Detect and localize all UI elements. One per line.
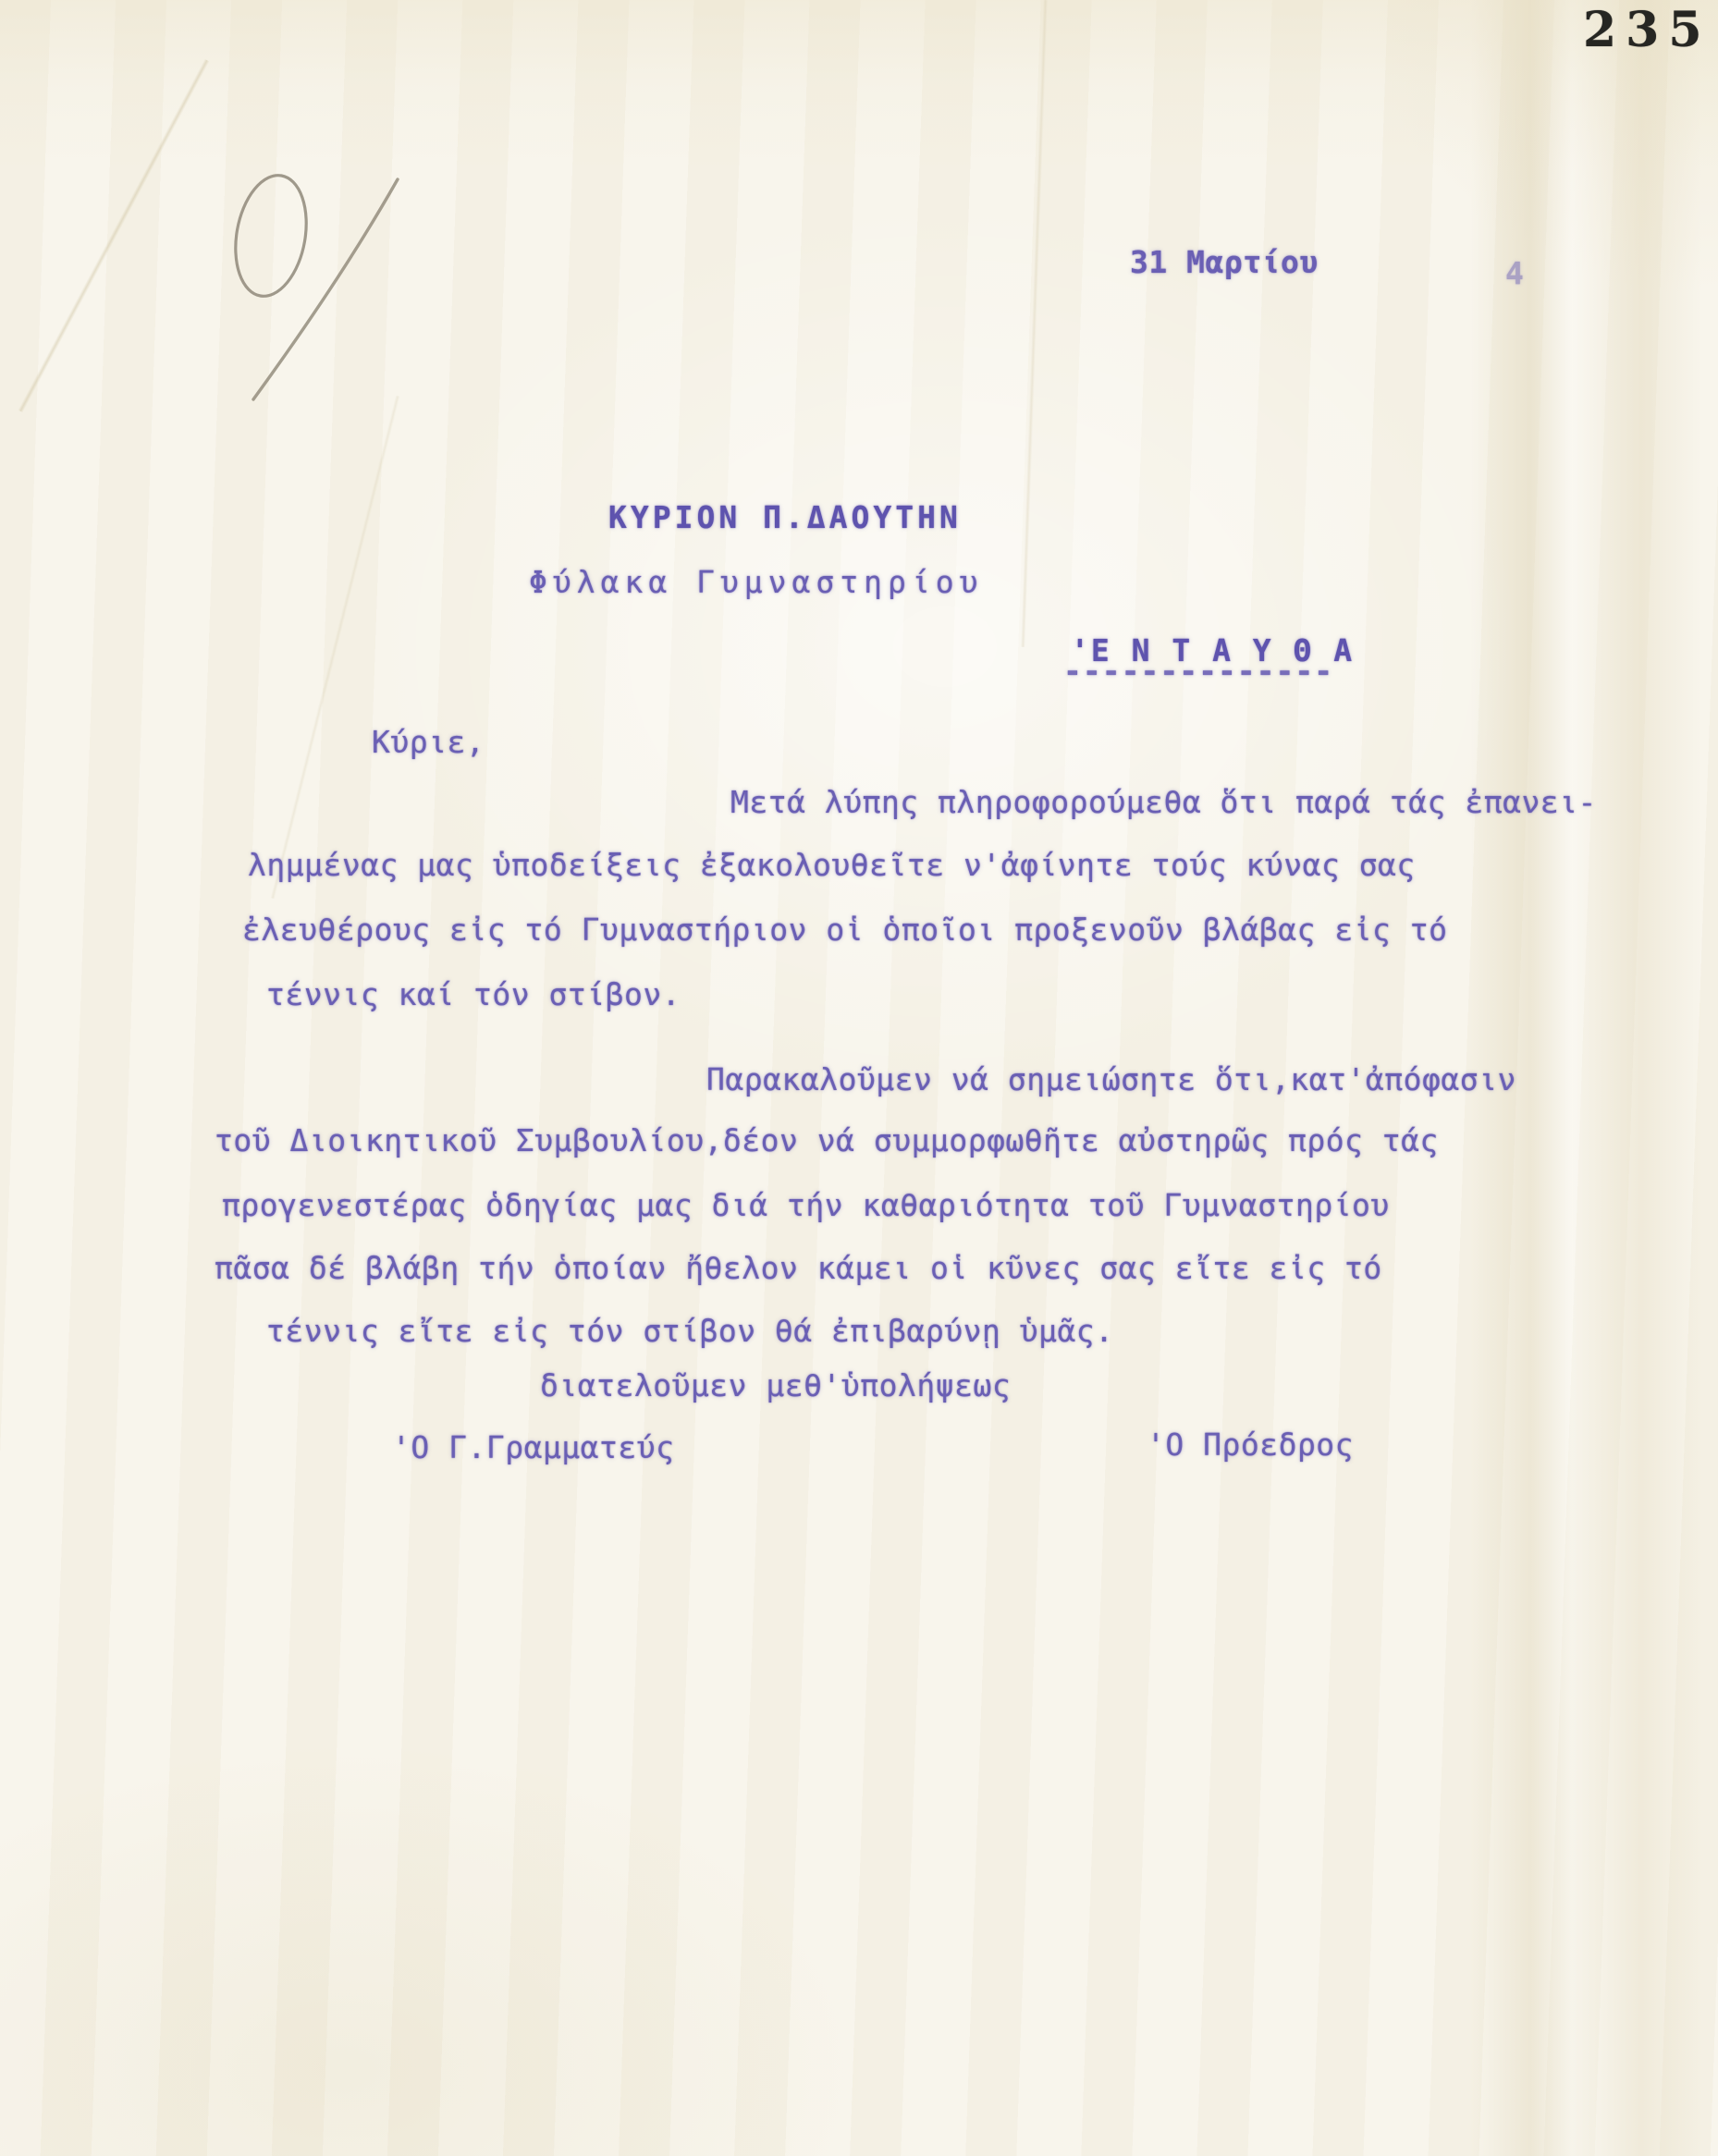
- recipient-title: Φύλακα Γυμναστηρίου: [529, 564, 984, 600]
- scanned-letter-page: 235 31 Μαρτίου 4 ΚΥΡΙΟΝ Π.ΔΑΟΥΤΗΝ Φύλακα…: [0, 0, 1718, 2156]
- signature-secretary: 'Ο Γ.Γραμματεύς: [392, 1429, 675, 1465]
- body-line: τέννις εἴτε εἰς τόν στίβον θά ἐπιβαρύνῃ …: [266, 1313, 1114, 1349]
- date-note: 4: [1505, 255, 1524, 291]
- body-line: προγενεστέρας ὁδηγίας μας διά τήν καθαρι…: [222, 1187, 1390, 1223]
- page-number-stamp: 235: [1583, 2, 1712, 58]
- body-line: πᾶσα δέ βλάβη τήν ὁποίαν ἤθελον κάμει οἱ…: [215, 1250, 1382, 1286]
- body-line: τοῦ Διοικητικοῦ Συμβουλίου,δέον νά συμμο…: [215, 1122, 1439, 1158]
- body-line: ἐλευθέρους εἰς τό Γυμναστήριον οἱ ὁποῖοι…: [242, 912, 1448, 948]
- body-line: τέννις καί τόν στίβον.: [266, 976, 681, 1012]
- signature-president: 'Ο Πρόεδρος: [1147, 1427, 1354, 1463]
- salutation: Κύριε,: [372, 724, 485, 760]
- paper-crease: [270, 396, 399, 900]
- place-underline: --------------: [1063, 653, 1333, 689]
- recipient-name: ΚΥΡΙΟΝ Π.ΔΑΟΥΤΗΝ: [608, 499, 962, 535]
- body-line: λημμένας μας ὑποδείξεις ἐξακολουθεῖτε ν'…: [248, 847, 1416, 883]
- paper-crease: [18, 59, 209, 412]
- closing-line: διατελοῦμεν μεθ'ὑπολήψεως: [540, 1367, 1011, 1403]
- pencil-mark-annotation: [0, 0, 481, 481]
- paper-crease: [1021, 0, 1048, 647]
- body-line: Παρακαλοῦμεν νά σημειώσητε ὅτι,κατ'ἀπόφα…: [706, 1061, 1516, 1097]
- date-line: 31 Μαρτίου: [1130, 244, 1319, 280]
- body-line: Μετά λύπης πληροφορούμεθα ὅτι παρά τάς ἐ…: [730, 784, 1597, 820]
